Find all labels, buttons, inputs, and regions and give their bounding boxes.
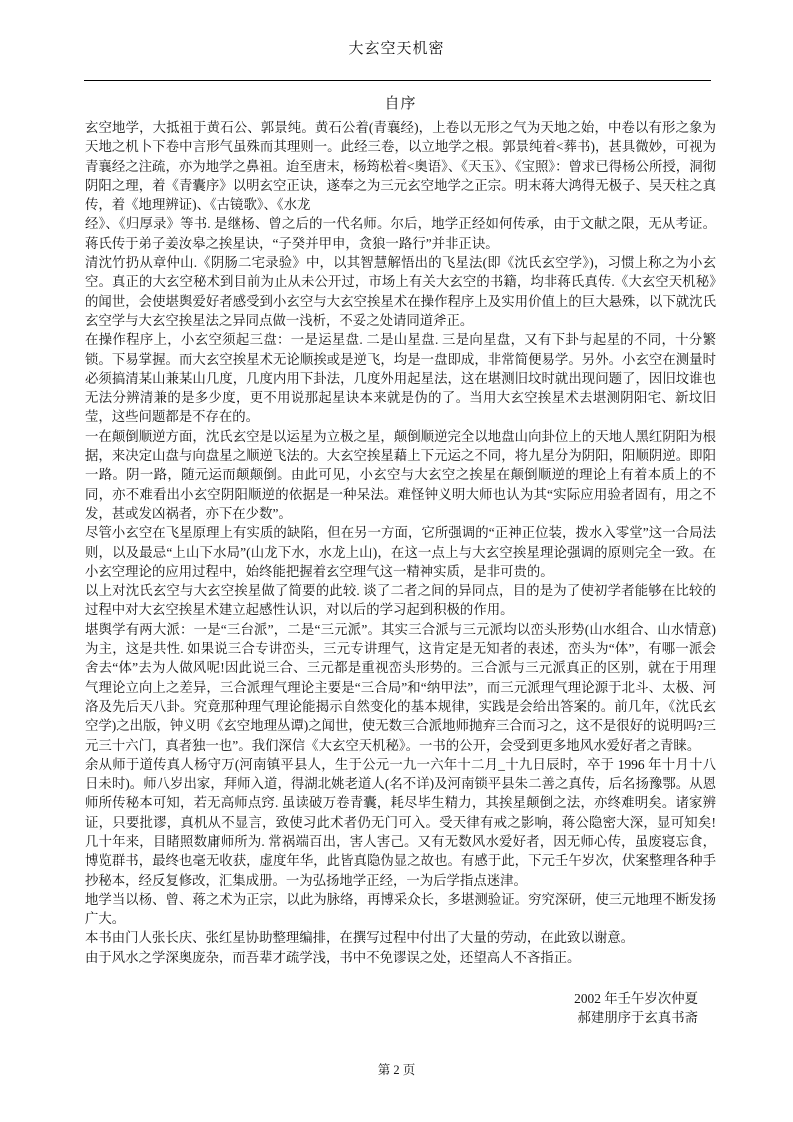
signature-block: 2002 年壬午岁次仲夏 郝建朋序于玄真书斋: [85, 989, 716, 1028]
document-content: 自序 玄空地学，大抵祖于黄石公、郭景纯。黄石公着(青襄经)，上卷以无形之气为天地…: [85, 92, 716, 1028]
page-number: 第 2 页: [378, 1063, 416, 1077]
page-footer: 第 2 页: [0, 1060, 793, 1078]
paragraph-1: 玄空地学，大抵祖于黄石公、郭景纯。黄石公着(青襄经)，上卷以无形之气为天地之始，…: [85, 118, 716, 253]
section-title: 自序: [85, 92, 716, 113]
paragraph-4: 一在颠倒顺逆方面，沈氏玄空是以运星为立极之星，颠倒顺逆完全以地盘山向卦位上的天地…: [85, 427, 716, 523]
paragraph-9: 地学当以杨、曾、蒋之术为正宗，以此为脉络，再博采众长，多堪测验证。穷究深研，使三…: [85, 890, 716, 929]
paragraph-5: 尽管小玄空在飞星原理上有实质的缺陷，但在另一方面，它所强调的“正神正位装，拨水入…: [85, 523, 716, 581]
paragraph-7: 堪舆学有两大派：一是“三台派”，二是“三元派”。其实三合派与三元派均以峦头形势(…: [85, 620, 716, 755]
paragraph-8: 余从师于道传真人杨守万(河南镇平县人，生于公元一九一六年十二月_十九日辰时，卒于…: [85, 755, 716, 890]
header-title: 大玄空天机密: [348, 41, 444, 57]
paragraph-11: 由于风水之学深奥庞杂，而吾辈才疏学浅，书中不免谬误之处，还望高人不吝指正。: [85, 948, 716, 967]
paragraph-6: 以上对沈氏玄空与大玄空挨星做了简要的此较. 谈了二者之间的异同点，目的是为了使初…: [85, 581, 716, 620]
signature-author: 郝建朋序于玄真书斋: [85, 1008, 698, 1027]
signature-date: 2002 年壬午岁次仲夏: [85, 989, 698, 1008]
page-header: 大玄空天机密: [0, 37, 793, 58]
header-divider: [84, 80, 711, 81]
paragraph-3: 在操作程序上，小玄空须起三盘：一是运星盘. 二是山星盘. 三是向星盘，又有下卦与…: [85, 330, 716, 426]
paragraph-2: 清沈竹扔从章仲山.《阴肠二宅录验》中，以其智慧解悟出的飞星法(即《沈氏玄空学》)…: [85, 253, 716, 330]
document-page: 大玄空天机密 自序 玄空地学，大抵祖于黄石公、郭景纯。黄石公着(青襄经)，上卷以…: [0, 0, 793, 1122]
paragraph-10: 本书由门人张长庆、张红星协助整理编排，在撰写过程中付出了大量的劳动，在此致以谢意…: [85, 928, 716, 947]
